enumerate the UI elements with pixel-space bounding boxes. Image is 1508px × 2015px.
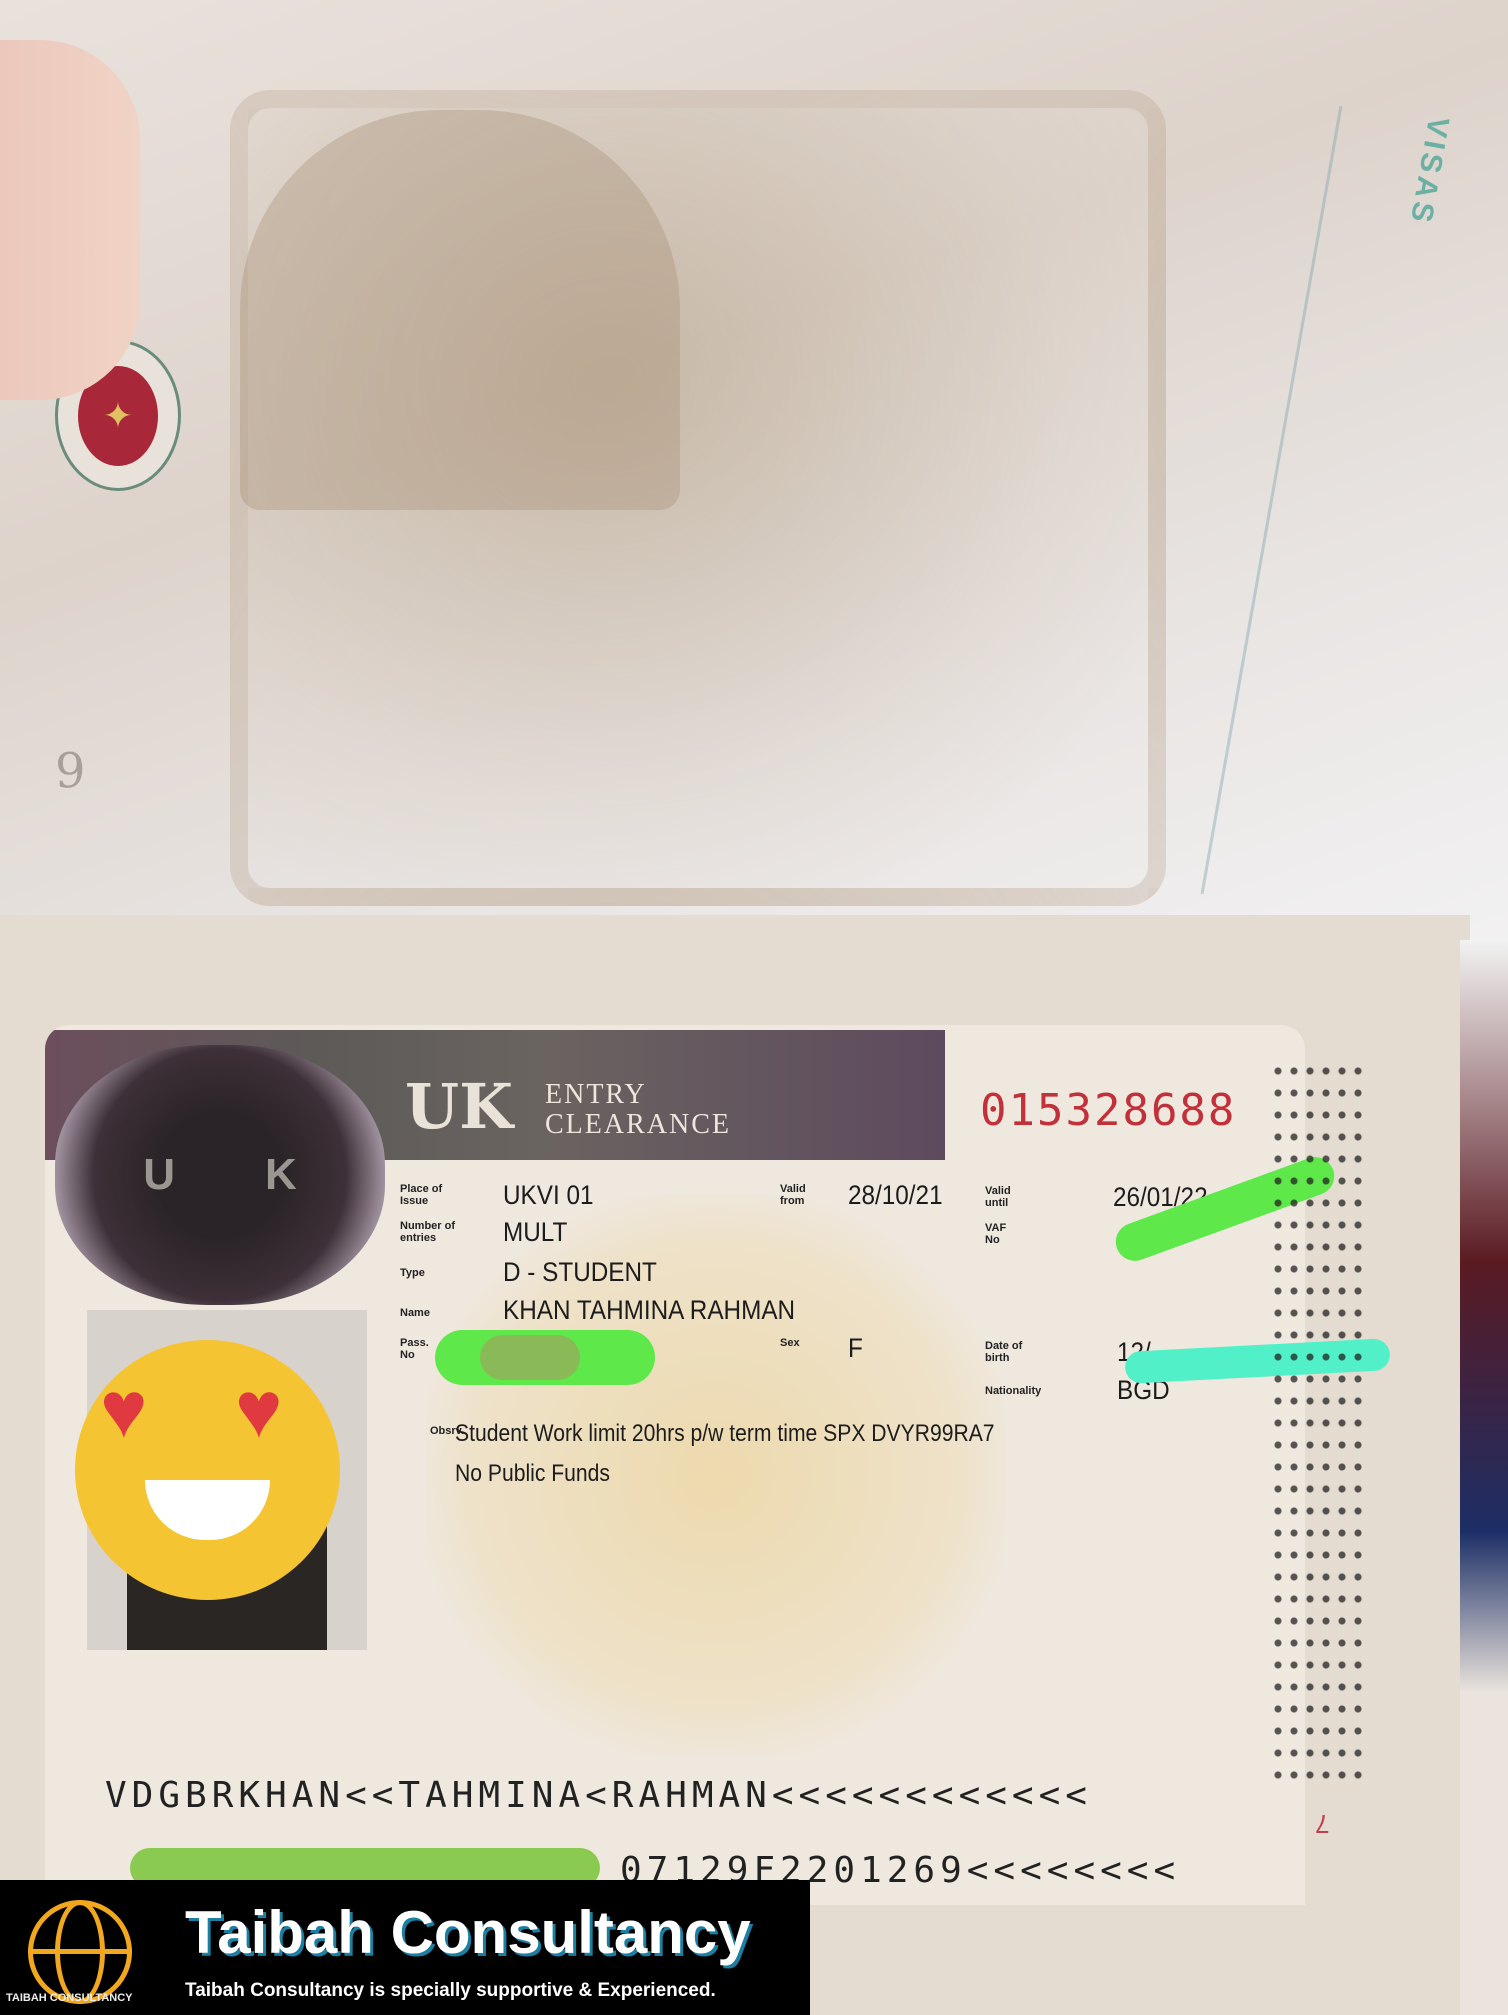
nationality-label: Nationality — [985, 1385, 1065, 1397]
heart-eyes-emoji-icon: ♥ ♥ — [75, 1340, 340, 1600]
name-label: Name — [400, 1307, 460, 1319]
place-of-issue-label: Place of Issue — [400, 1183, 460, 1207]
valid-from-value: 28/10/21 — [848, 1180, 943, 1211]
valid-until-label: Valid until — [985, 1185, 1025, 1209]
observations-line-2: No Public Funds — [455, 1460, 610, 1488]
dob-label: Date of birth — [985, 1340, 1045, 1364]
entries-label: Number of entries — [400, 1220, 460, 1244]
heart-left-icon: ♥ — [100, 1380, 170, 1440]
watermark-arch — [240, 110, 680, 510]
logo-label: TAIBAH CONSULTANCY — [6, 1992, 133, 2004]
emblem-letter-u: U — [143, 1150, 175, 1200]
promo-banner: TAIBAH CONSULTANCY Taibah Consultancy Ta… — [0, 1880, 810, 2015]
passport-upper-page: ✦ VISAS 6 — [0, 0, 1508, 940]
redaction-blob — [480, 1335, 580, 1380]
type-label: Type — [400, 1267, 460, 1279]
sex-value: F — [848, 1333, 863, 1364]
visa-number: 015328688 — [980, 1085, 1236, 1136]
brand-tagline: Taibah Consultancy is specially supporti… — [185, 1980, 716, 2002]
background-fabric — [1460, 940, 1508, 2015]
heart-right-icon: ♥ — [235, 1380, 305, 1440]
vaf-no-label: VAF No — [985, 1222, 1015, 1246]
emblem-letter-k: K — [265, 1150, 297, 1200]
globe-logo-icon — [28, 1900, 132, 2004]
mrz-line-1: VDGBRKHAN<<TAHMINA<RAHMAN<<<<<<<<<<<< — [105, 1775, 1092, 1816]
title-line-1: ENTRY — [545, 1080, 731, 1110]
title-line-2: CLEARANCE — [545, 1110, 731, 1140]
passport-no-label: Pass. No — [400, 1337, 430, 1361]
uk-hologram-emblem: U K — [55, 1045, 385, 1305]
sex-label: Sex — [780, 1337, 810, 1349]
valid-from-label: Valid from — [780, 1183, 820, 1207]
type-value: D - STUDENT — [503, 1257, 657, 1288]
entries-value: MULT — [503, 1217, 567, 1248]
observations-line-1: Student Work limit 20hrs p/w term time S… — [455, 1420, 995, 1448]
emoji-mouth — [145, 1480, 270, 1540]
lower-page-number: 7 — [1315, 1808, 1329, 1839]
visas-section-label: VISAS — [1402, 114, 1455, 228]
upper-page-number: 6 — [55, 740, 86, 796]
visa-title: ENTRY CLEARANCE — [545, 1080, 731, 1140]
brand-name: Taibah Consultancy — [185, 1898, 751, 1967]
uk-mark: UK — [405, 1070, 513, 1143]
perforated-number — [1270, 1060, 1370, 1790]
place-of-issue-value: UKVI 01 — [503, 1180, 594, 1211]
name-value: KHAN TAHMINA RAHMAN — [503, 1295, 795, 1326]
thumb — [0, 40, 140, 400]
page-fold-line — [1201, 106, 1343, 894]
